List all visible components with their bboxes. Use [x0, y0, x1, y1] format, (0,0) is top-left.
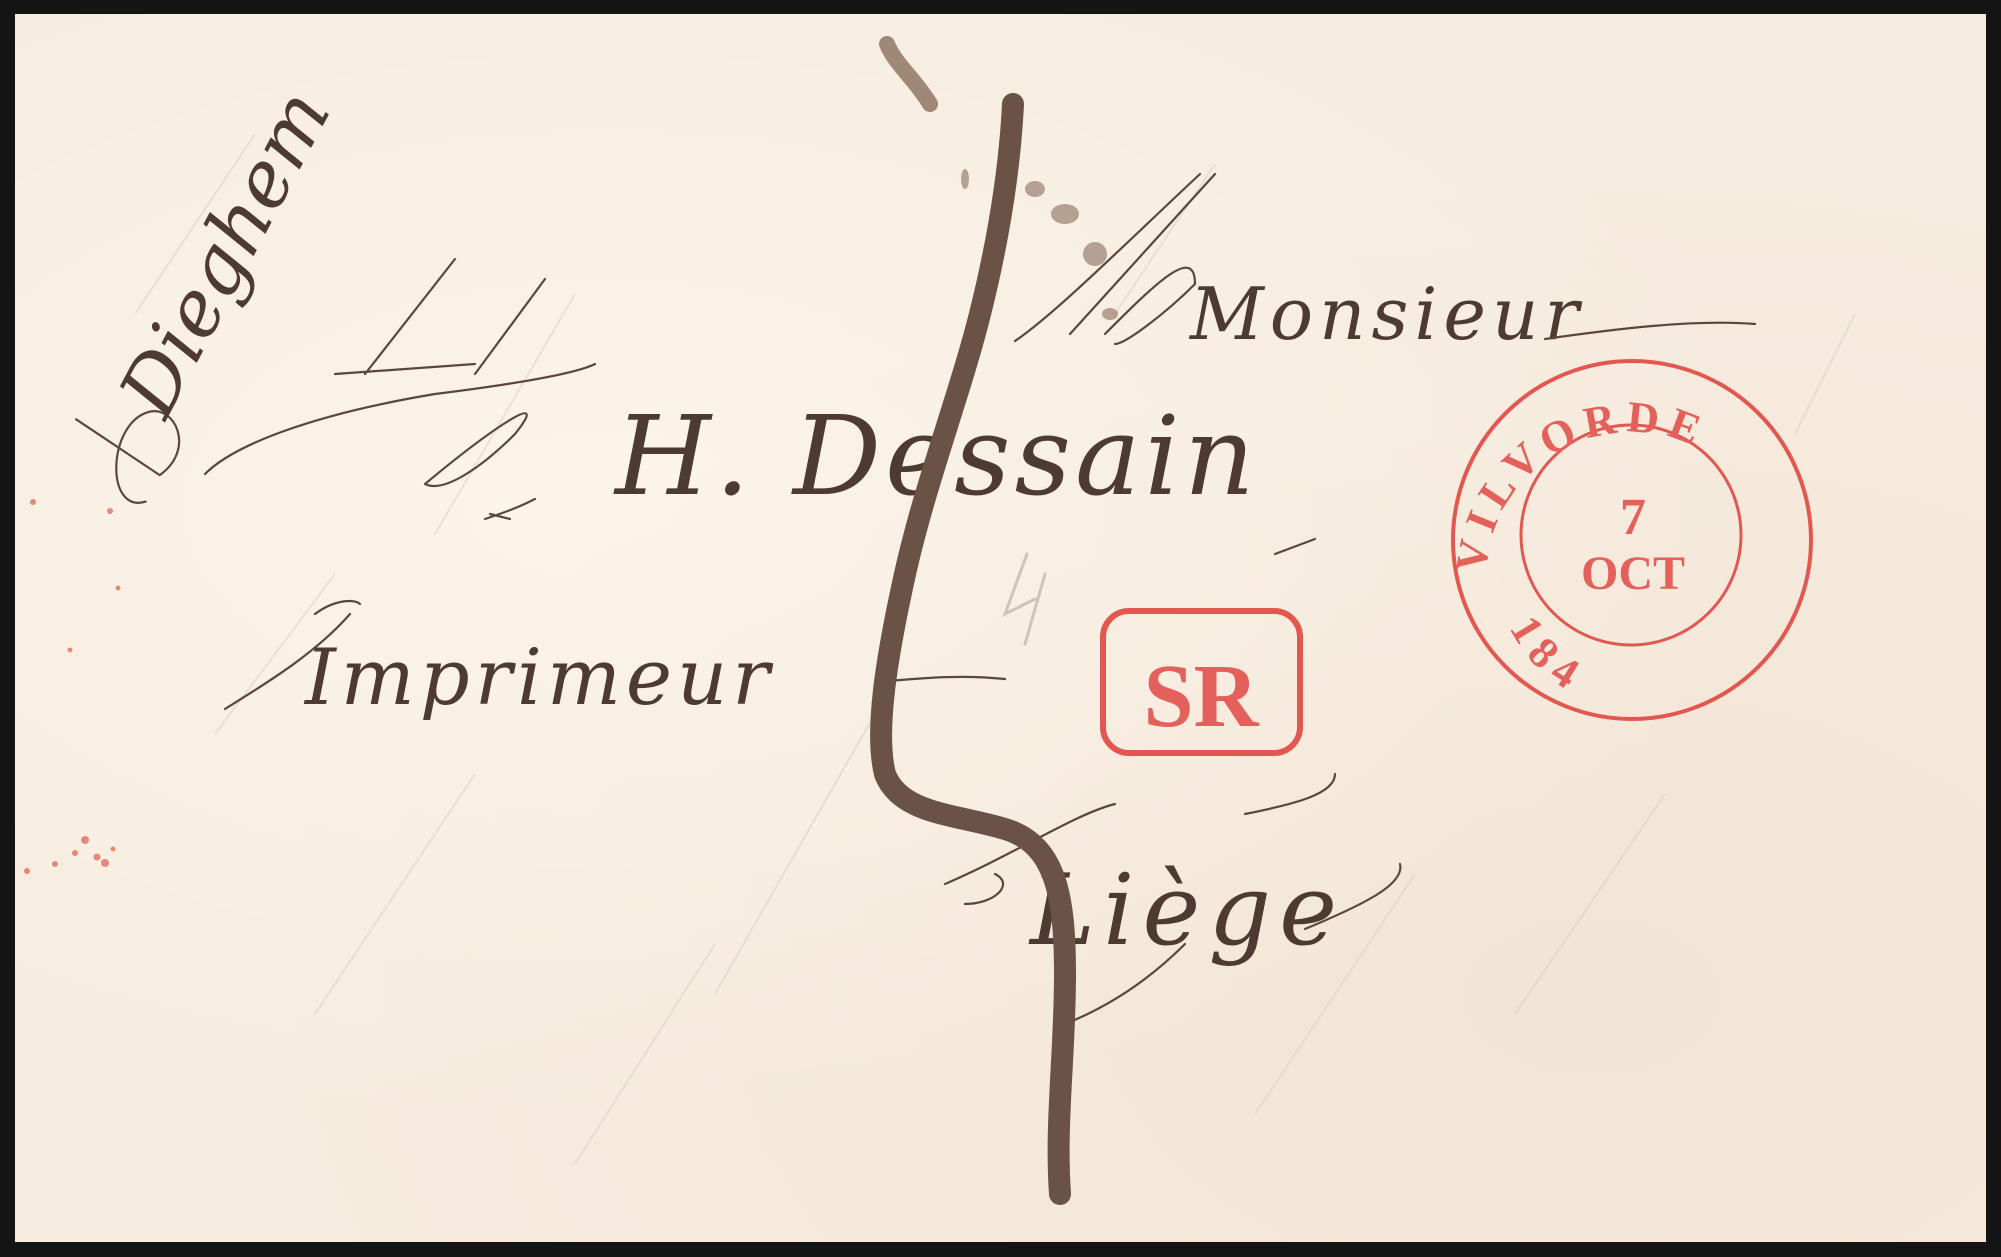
postmark-month: OCT — [1581, 547, 1685, 600]
postmark: VILVORDE 1847 7 OCT — [15, 14, 1986, 1242]
postmark-day: 7 — [1620, 489, 1646, 546]
postmark-year: 1847 — [15, 14, 1596, 704]
letter-cover: Dieghem Monsieur H. Dessain Imprimeur Li… — [15, 14, 1986, 1242]
